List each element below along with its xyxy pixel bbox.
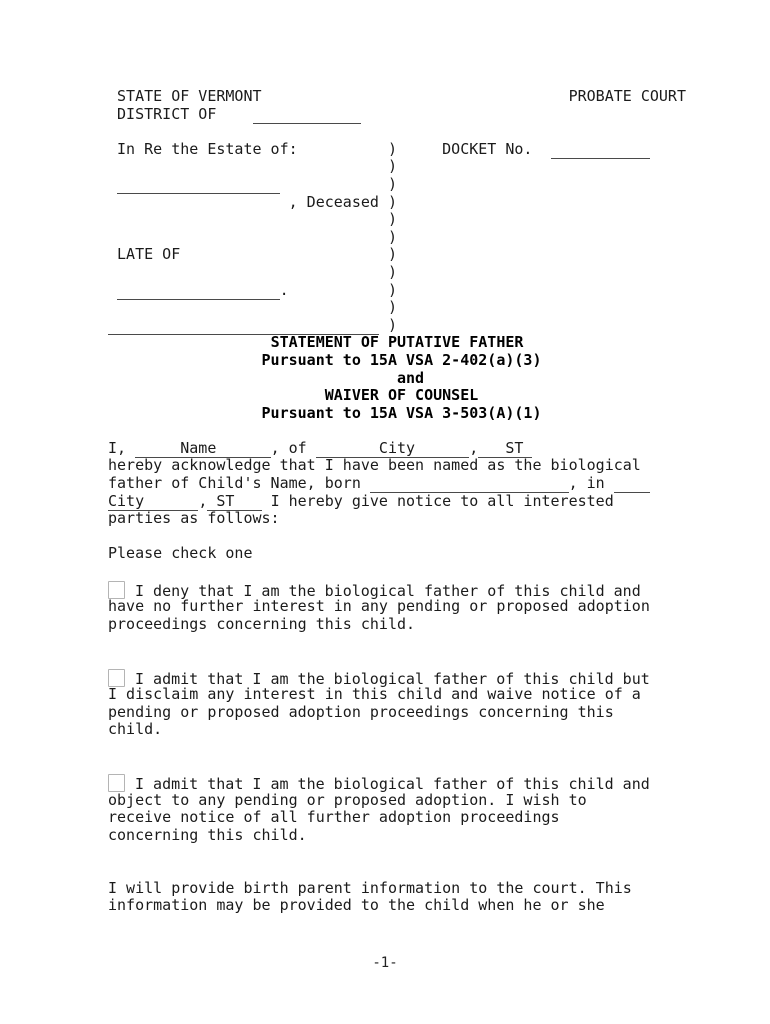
spacer: [379, 316, 388, 334]
text: .: [280, 281, 289, 299]
text: ): [388, 157, 397, 175]
title-text: Pursuant to 15A VSA 2-402(a)(3): [262, 351, 542, 369]
form-line: parties as follows:: [108, 510, 686, 528]
spacer: [180, 245, 388, 263]
spacer: [108, 157, 388, 175]
form-line: DISTRICT OF: [108, 106, 686, 124]
child-birthdate-field[interactable]: [370, 474, 569, 493]
form-line: I admit that I am the biological father …: [108, 774, 686, 792]
form-line: Pursuant to 15A VSA 2-402(a)(3): [108, 352, 686, 370]
form-line: [108, 862, 686, 880]
form-line: concerning this child.: [108, 827, 686, 845]
text: , Deceased: [289, 193, 379, 211]
form-line: LATE OF ): [108, 246, 686, 264]
text: ): [388, 263, 397, 281]
text: hereby acknowledge that I have been name…: [108, 456, 641, 474]
admit-object-checkbox[interactable]: [108, 774, 125, 792]
form-line: [108, 757, 686, 775]
form-line: ): [108, 264, 686, 282]
text: I,: [108, 439, 135, 457]
text: ): [388, 281, 397, 299]
form-line: child.: [108, 721, 686, 739]
form-line: [108, 123, 686, 141]
spacer: [108, 281, 117, 299]
text: STATE OF VERMONT: [108, 87, 262, 105]
title-text: STATEMENT OF PUTATIVE FATHER: [271, 333, 524, 351]
form-line: have no further interest in any pending …: [108, 598, 686, 616]
form-body: STATE OF VERMONT PROBATE COURT DISTRICT …: [108, 88, 686, 915]
birth-state-field[interactable]: ST: [207, 492, 261, 511]
form-line: I deny that I am the biological father o…: [108, 581, 686, 599]
district-field[interactable]: [253, 105, 361, 124]
text: ): [388, 193, 397, 211]
spacer: [262, 87, 569, 105]
form-line: I, Name , of City , ST: [108, 440, 686, 458]
form-line: Pursuant to 15A VSA 3-503(A)(1): [108, 405, 686, 423]
text: LATE OF: [108, 245, 180, 263]
text: , in: [569, 474, 614, 492]
text: child.: [108, 720, 162, 738]
form-line: [108, 633, 686, 651]
spacer: [108, 263, 388, 281]
form-line: [108, 563, 686, 581]
form-line: [108, 422, 686, 440]
spacer: [108, 369, 397, 387]
text: ): [388, 210, 397, 228]
form-line: object to any pending or proposed adopti…: [108, 792, 686, 810]
title-text: Pursuant to 15A VSA 3-503(A)(1): [262, 404, 542, 422]
text: ,: [198, 492, 207, 510]
form-line: I disclaim any interest in this child an…: [108, 686, 686, 704]
text: PROBATE COURT: [569, 87, 686, 105]
text: ): [388, 316, 397, 334]
admit-disclaim-checkbox[interactable]: [108, 669, 125, 687]
text: ): [388, 140, 397, 158]
text: parties as follows:: [108, 509, 280, 527]
spacer: [108, 351, 262, 369]
form-line: In Re the Estate of: ) DOCKET No.: [108, 141, 686, 159]
declarant-name-field[interactable]: Name: [135, 439, 270, 458]
text: pending or proposed adoption proceedings…: [108, 703, 614, 721]
spacer: [108, 386, 325, 404]
form-line: [108, 845, 686, 863]
text: concerning this child.: [108, 826, 307, 844]
text: receive notice of all further adoption p…: [108, 808, 560, 826]
text: proceedings concerning this child.: [108, 615, 415, 633]
spacer: [108, 210, 388, 228]
form-line: hereby acknowledge that I have been name…: [108, 457, 686, 475]
spacer: [298, 140, 388, 158]
form-line: [108, 528, 686, 546]
spacer: [532, 140, 550, 158]
form-line: father of Child's Name, born , in: [108, 475, 686, 493]
late-of-city-field[interactable]: [117, 281, 280, 300]
spacer: [289, 281, 388, 299]
title-text: WAIVER OF COUNSEL: [325, 386, 479, 404]
form-line: information may be provided to the child…: [108, 897, 686, 915]
text: DOCKET No.: [442, 140, 532, 158]
form-line: , Deceased ): [108, 194, 686, 212]
title-text: and: [397, 369, 424, 387]
spacer: [108, 228, 388, 246]
form-line: WAIVER OF COUNSEL: [108, 387, 686, 405]
text: DISTRICT OF: [108, 105, 216, 123]
form-line: ): [108, 176, 686, 194]
form-line: City , ST I hereby give notice to all in…: [108, 493, 686, 511]
text: information may be provided to the child…: [108, 896, 605, 914]
form-line: Please check one: [108, 545, 686, 563]
text: In Re the Estate of:: [108, 140, 298, 158]
text: ,: [469, 439, 478, 457]
text: I hereby give notice to all interested: [271, 492, 614, 510]
form-line: I will provide birth parent information …: [108, 880, 686, 898]
spacer: [108, 333, 271, 351]
form-line: [108, 739, 686, 757]
text: Please check one: [108, 544, 253, 562]
form-line: ): [108, 229, 686, 247]
text: ): [388, 228, 397, 246]
birth-in-field[interactable]: [614, 474, 650, 493]
spacer: [280, 175, 388, 193]
spacer: [108, 193, 289, 211]
spacer: [216, 105, 252, 123]
text: I will provide birth parent information …: [108, 879, 632, 897]
form-line: . ): [108, 282, 686, 300]
spacer: [397, 140, 442, 158]
estate-name-field[interactable]: [117, 175, 280, 194]
text: ): [388, 175, 397, 193]
spacer: [108, 404, 262, 422]
form-line: and: [108, 370, 686, 388]
text: I disclaim any interest in this child an…: [108, 685, 641, 703]
deny-checkbox[interactable]: [108, 581, 125, 599]
text: object to any pending or proposed adopti…: [108, 791, 587, 809]
text: [262, 492, 271, 510]
spacer: [108, 298, 388, 316]
form-line: ): [108, 211, 686, 229]
form-line: receive notice of all further adoption p…: [108, 809, 686, 827]
declarant-state-field[interactable]: ST: [478, 439, 532, 458]
form-line: I admit that I am the biological father …: [108, 669, 686, 687]
text: ): [388, 298, 397, 316]
form-line: proceedings concerning this child.: [108, 616, 686, 634]
form-line: [108, 651, 686, 669]
spacer: [379, 193, 388, 211]
form-line: ): [108, 299, 686, 317]
text: , of: [271, 439, 316, 457]
document-page: STATE OF VERMONT PROBATE COURT DISTRICT …: [0, 0, 770, 1024]
spacer: [108, 175, 117, 193]
caption-extra-field[interactable]: [108, 316, 379, 335]
form-line: STATE OF VERMONT PROBATE COURT: [108, 88, 686, 106]
text: have no further interest in any pending …: [108, 597, 650, 615]
form-line: pending or proposed adoption proceedings…: [108, 704, 686, 722]
form-line: STATEMENT OF PUTATIVE FATHER: [108, 334, 686, 352]
birth-city-field[interactable]: City: [108, 492, 198, 511]
text: ): [388, 245, 397, 263]
declarant-city-field[interactable]: City: [316, 439, 470, 458]
docket-number-field[interactable]: [551, 140, 650, 159]
text: father of Child's Name, born: [108, 474, 370, 492]
form-line: ): [108, 158, 686, 176]
form-line: ): [108, 317, 686, 335]
page-number: -1-: [0, 955, 770, 971]
